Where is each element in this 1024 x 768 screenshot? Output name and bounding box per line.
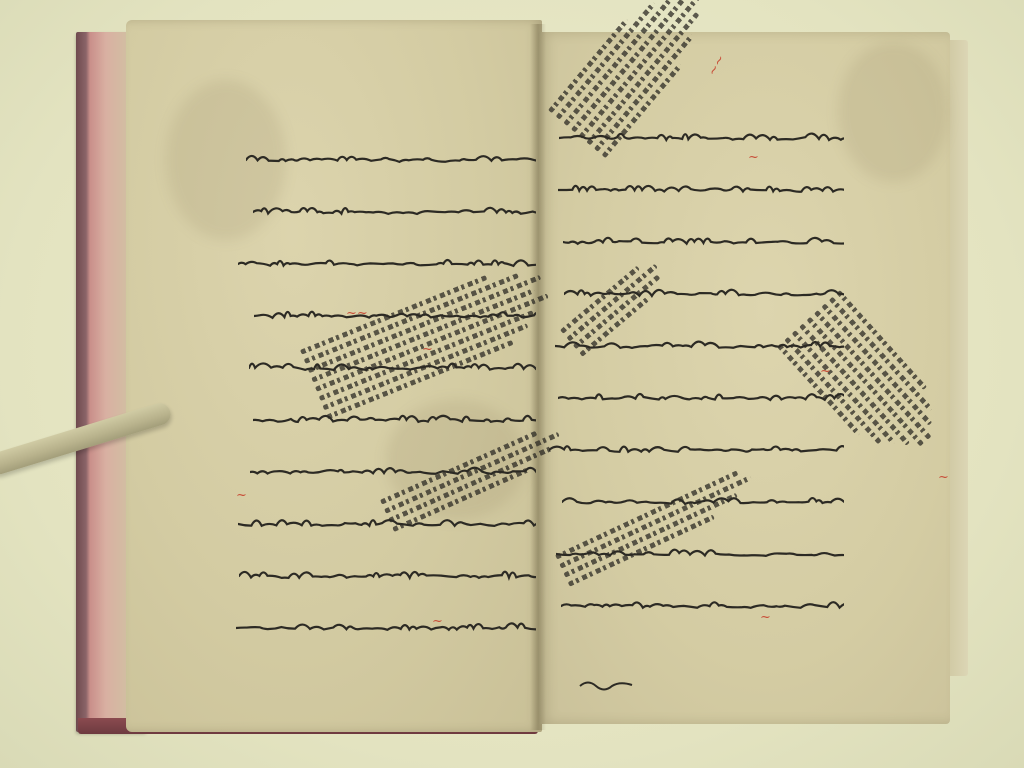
rubric-mark: ~ [760, 610, 771, 625]
left-page-text-line [238, 254, 536, 270]
rubric-mark: ~ [432, 614, 443, 629]
stain [838, 42, 948, 182]
right-page-text-line [558, 388, 844, 404]
right-page-text-line [558, 180, 844, 196]
left-page-text-line [253, 202, 536, 218]
left-page-text-line [253, 410, 536, 426]
catchword [578, 676, 634, 690]
rubric-mark: ~~ [346, 306, 368, 321]
left-page-text-line [239, 566, 536, 582]
right-page-text-line [549, 440, 844, 456]
rubric-mark: ~ [422, 342, 433, 357]
left-page-text-line [246, 150, 536, 166]
right-page-text-line [561, 596, 844, 612]
rubric-mark: ~ [748, 150, 759, 165]
right-page-text-line [563, 232, 844, 248]
rubric-mark: ~ [938, 470, 949, 485]
rubric-mark: ~ [820, 364, 831, 379]
rubric-mark: ~ [236, 488, 247, 503]
left-page-text-line [236, 618, 536, 634]
